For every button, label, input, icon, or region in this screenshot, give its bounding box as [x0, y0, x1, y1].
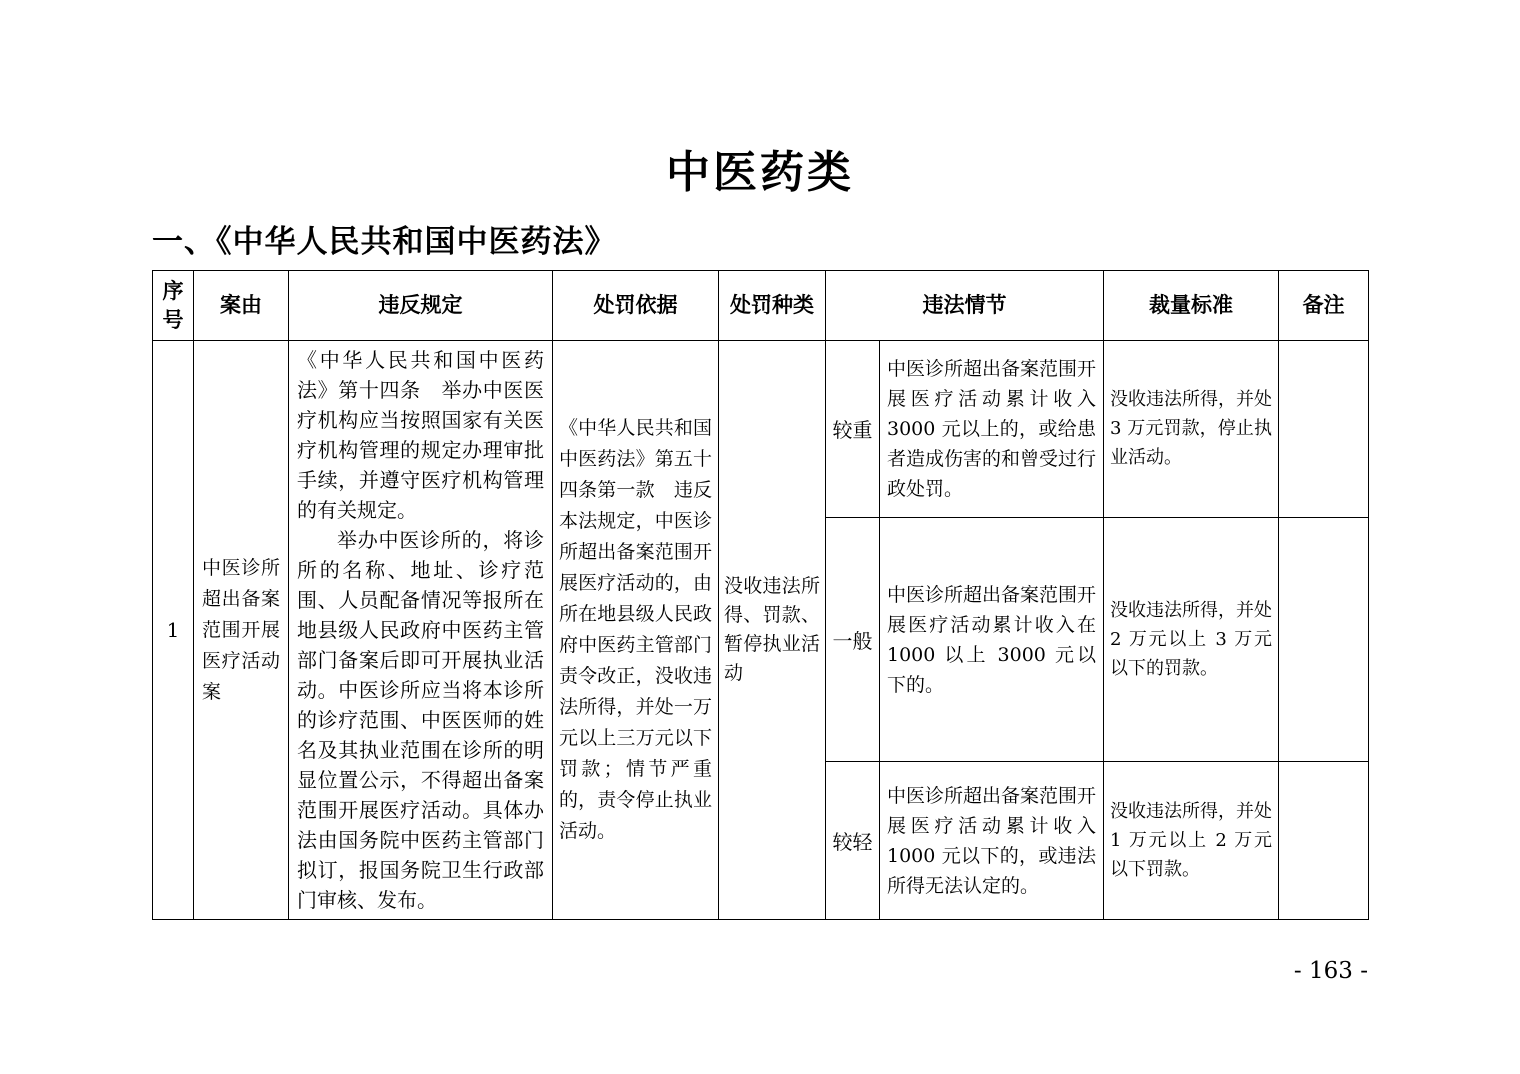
page-number: - 163 - — [152, 958, 1368, 984]
col-header-penalty-basis: 处罚依据 — [553, 271, 719, 341]
cell-violation: 《中华人民共和国中医药法》第十四条 举办中医医疗机构应当按照国家有关医疗机构管理… — [289, 341, 553, 920]
cell-severity-general: 一般 — [826, 517, 880, 761]
penalty-table-wrapper: 序号 案由 违反规定 处罚依据 处罚种类 违法情节 裁量标准 备注 1 中医诊所… — [152, 270, 1369, 920]
cell-severity-severe: 较重 — [826, 341, 880, 518]
cell-remark-general — [1279, 517, 1369, 761]
cell-index: 1 — [153, 341, 194, 920]
cell-severity-minor: 较轻 — [826, 762, 880, 920]
cell-remark-severe — [1279, 341, 1369, 518]
table-row-severe: 1 中医诊所超出备案范围开展医疗活动案 《中华人民共和国中医药法》第十四条 举办… — [153, 341, 1369, 518]
cell-penalty-basis: 《中华人民共和国中医药法》第五十四条第一款 违反本法规定，中医诊所超出备案范围开… — [553, 341, 719, 920]
document-title: 中医药类 — [0, 136, 1520, 200]
col-header-violation: 违反规定 — [289, 271, 553, 341]
cell-circumstance-severe: 中医诊所超出备案范围开展医疗活动累计收入 3000 元以上的，或给患者造成伤害的… — [880, 341, 1104, 518]
cell-circumstance-general: 中医诊所超出备案范围开展医疗活动累计收入在 1000 以上 3000 元以下的。 — [880, 517, 1104, 761]
cell-circumstance-minor: 中医诊所超出备案范围开展医疗活动累计收入 1000 元以下的，或违法所得无法认定… — [880, 762, 1104, 920]
col-header-cause: 案由 — [194, 271, 289, 341]
table-header-row: 序号 案由 违反规定 处罚依据 处罚种类 违法情节 裁量标准 备注 — [153, 271, 1369, 341]
col-header-illegal-circumstances: 违法情节 — [826, 271, 1104, 341]
col-header-discretion-standard: 裁量标准 — [1104, 271, 1279, 341]
violation-paragraph-1: 《中华人民共和国中医药法》第十四条 举办中医医疗机构应当按照国家有关医疗机构管理… — [297, 345, 544, 525]
cell-remark-minor — [1279, 762, 1369, 920]
cell-standard-minor: 没收违法所得，并处 1 万元以上 2 万元以下罚款。 — [1104, 762, 1279, 920]
document-page: 中医药类 一、《中华人民共和国中医药法》 序号 案由 违反规定 处罚依据 — [0, 0, 1520, 1074]
col-header-index: 序号 — [153, 271, 194, 341]
section-heading: 一、《中华人民共和国中医药法》 — [152, 216, 617, 261]
penalty-table: 序号 案由 违反规定 处罚依据 处罚种类 违法情节 裁量标准 备注 1 中医诊所… — [152, 270, 1369, 920]
col-header-remarks: 备注 — [1279, 271, 1369, 341]
violation-paragraph-2: 举办中医诊所的，将诊所的名称、地址、诊疗范围、人员配备情况等报所在地县级人民政府… — [297, 525, 544, 915]
cell-cause: 中医诊所超出备案范围开展医疗活动案 — [194, 341, 289, 920]
col-header-penalty-type: 处罚种类 — [719, 271, 826, 341]
cell-standard-general: 没收违法所得，并处 2 万元以上 3 万元以下的罚款。 — [1104, 517, 1279, 761]
cell-standard-severe: 没收违法所得，并处 3 万元罚款，停止执业活动。 — [1104, 341, 1279, 518]
cell-penalty-type: 没收违法所得、罚款、暂停执业活动 — [719, 341, 826, 920]
